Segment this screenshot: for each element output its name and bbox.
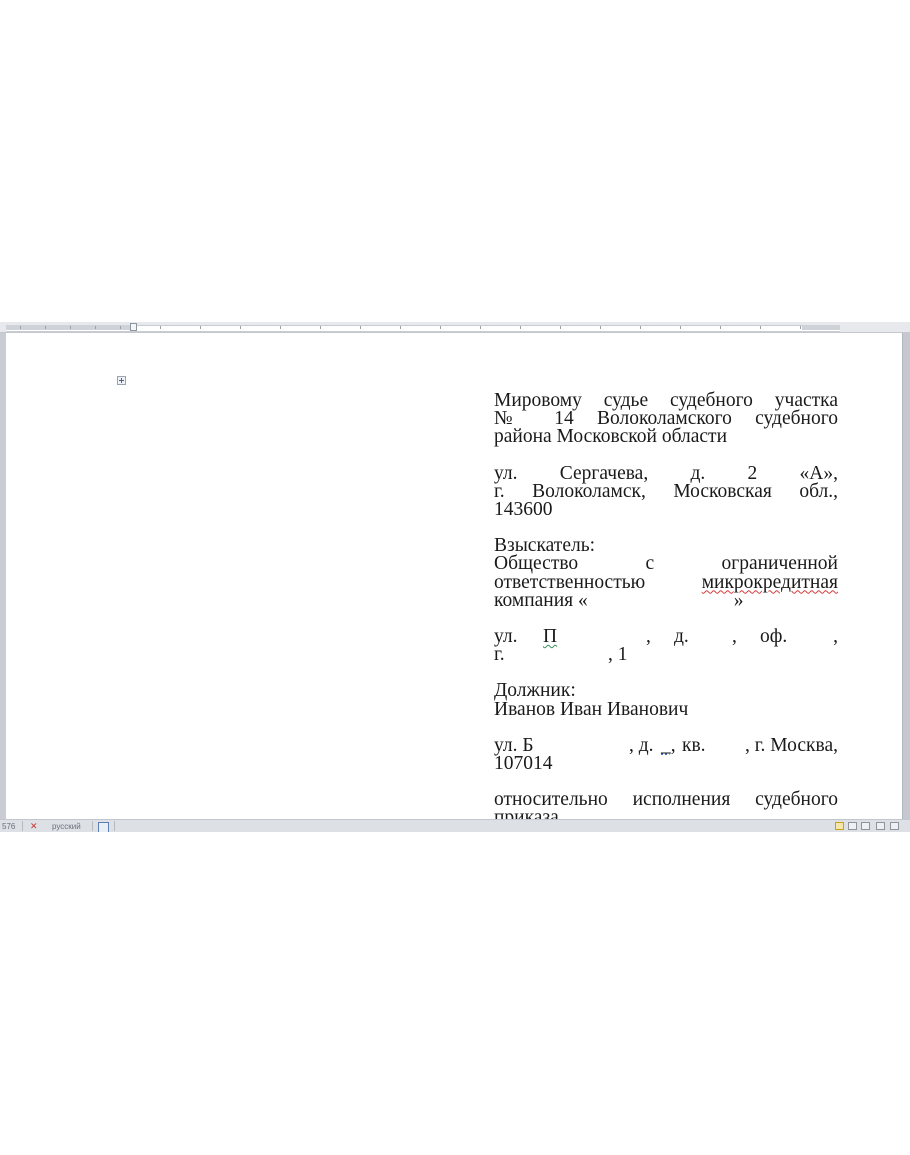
table-move-handle-icon[interactable] — [117, 376, 126, 385]
ruler-tick — [200, 326, 201, 329]
ruler-tick — [360, 326, 361, 329]
addr-word: , д. — [629, 737, 654, 755]
ruler-tick — [520, 326, 521, 329]
ruler-tick — [160, 326, 161, 329]
status-separator — [92, 821, 93, 831]
ruler-tick — [70, 326, 71, 329]
ruler-tick — [400, 326, 401, 329]
debtor-address-line-2: 107014 — [494, 755, 838, 773]
claimant: Взыскатель: Общество с ограниченной отве… — [494, 537, 838, 610]
spelling-error-word[interactable]: микрокредитная — [702, 574, 838, 592]
ruler-tick — [800, 326, 801, 329]
addr-word: , — [732, 628, 737, 646]
claimant-address-line-1: ул. П , д. , оф. , — [494, 628, 838, 646]
full-screen-reading-view-button[interactable] — [848, 822, 857, 830]
claimant-word: с — [645, 555, 654, 573]
addr-word: Московская — [673, 483, 772, 501]
draft-view-button[interactable] — [890, 822, 899, 830]
word-count[interactable]: 576 — [2, 821, 15, 832]
claimant-address: ул. П , д. , оф. , г. , 1 — [494, 628, 838, 664]
ruler-right-margin — [802, 325, 840, 330]
macro-record-icon[interactable] — [98, 822, 109, 832]
ruler-tick — [240, 326, 241, 329]
claimant-line-3: компания «» — [494, 592, 838, 610]
status-bar: 576 ✕ русский — [0, 819, 910, 832]
recipient-address-line-3: 143600 — [494, 501, 838, 519]
claimant-company-open: компания « — [494, 590, 588, 611]
claimant-address-line-2: г. , 1 — [494, 646, 838, 664]
debtor-address-line-1: ул. Б , д. _, кв. , г. Москва, — [494, 737, 838, 755]
vertical-scrollbar[interactable] — [902, 333, 910, 819]
grammar-flag-word[interactable]: П — [543, 628, 557, 646]
ruler-tick — [45, 326, 46, 329]
ruler-tick — [760, 326, 761, 329]
print-layout-view-button[interactable] — [835, 822, 844, 830]
addressee-block: Мировому судье судебного участка № 14 Во… — [494, 392, 838, 819]
ruler-tick — [640, 326, 641, 329]
status-separator — [22, 821, 23, 831]
ruler-tick — [720, 326, 721, 329]
debtor-address: ул. Б , д. _, кв. , г. Москва, 107014 — [494, 737, 838, 773]
outline-view-button[interactable] — [876, 822, 885, 830]
ruler-indent-marker[interactable] — [130, 323, 137, 331]
addr-word: обл., — [799, 483, 838, 501]
ruler-tick — [95, 326, 96, 329]
debtor: Должник: Иванов Иван Иванович — [494, 682, 838, 718]
recipient-address: ул. Сергачева, д. 2 «А», г. Волоколамск,… — [494, 465, 838, 520]
addr-word: ул. Б — [494, 737, 534, 755]
ruler-tick — [600, 326, 601, 329]
ruler-tick — [20, 326, 21, 329]
ruler-tick — [280, 326, 281, 329]
addr-word: д. — [674, 628, 689, 646]
debtor-name: Иванов Иван Иванович — [494, 701, 838, 719]
horizontal-ruler[interactable] — [0, 322, 910, 333]
word-window: Мировому судье судебного участка № 14 Во… — [0, 322, 910, 832]
addr-word: , 1 — [608, 646, 628, 664]
claimant-line-1: Общество с ограниченной — [494, 555, 838, 573]
ruler-tick — [560, 326, 561, 329]
subject-line-2: приказа — [494, 809, 838, 819]
subject: относительно исполнения судебного приказ… — [494, 791, 838, 819]
addr-word: , г. Москва, — [745, 737, 838, 755]
recipient: Мировому судье судебного участка № 14 Во… — [494, 392, 838, 447]
addr-word: кв. — [682, 737, 706, 755]
status-separator — [114, 821, 115, 831]
claimant-word: Общество — [494, 555, 578, 573]
addr-word: , — [646, 628, 651, 646]
debtor-label: Должник: — [494, 682, 838, 700]
claimant-company-close: » — [734, 590, 744, 611]
ruler-tick — [320, 326, 321, 329]
recipient-line-3: района Московской области — [494, 428, 838, 446]
ruler-tick — [120, 326, 121, 329]
document-page[interactable]: Мировому судье судебного участка № 14 Во… — [6, 333, 903, 819]
web-layout-view-button[interactable] — [861, 822, 870, 830]
ruler-tick — [680, 326, 681, 329]
addr-word: оф. — [760, 628, 787, 646]
proofing-error-icon[interactable]: ✕ — [30, 821, 40, 832]
addr-word: г. — [494, 646, 505, 664]
grammar-flag-blank[interactable]: _, — [661, 737, 676, 755]
claimant-word: ограниченной — [721, 555, 838, 573]
ruler-tick — [480, 326, 481, 329]
ruler-tick — [440, 326, 441, 329]
addr-word: , — [833, 628, 838, 646]
language-indicator[interactable]: русский — [52, 821, 81, 832]
